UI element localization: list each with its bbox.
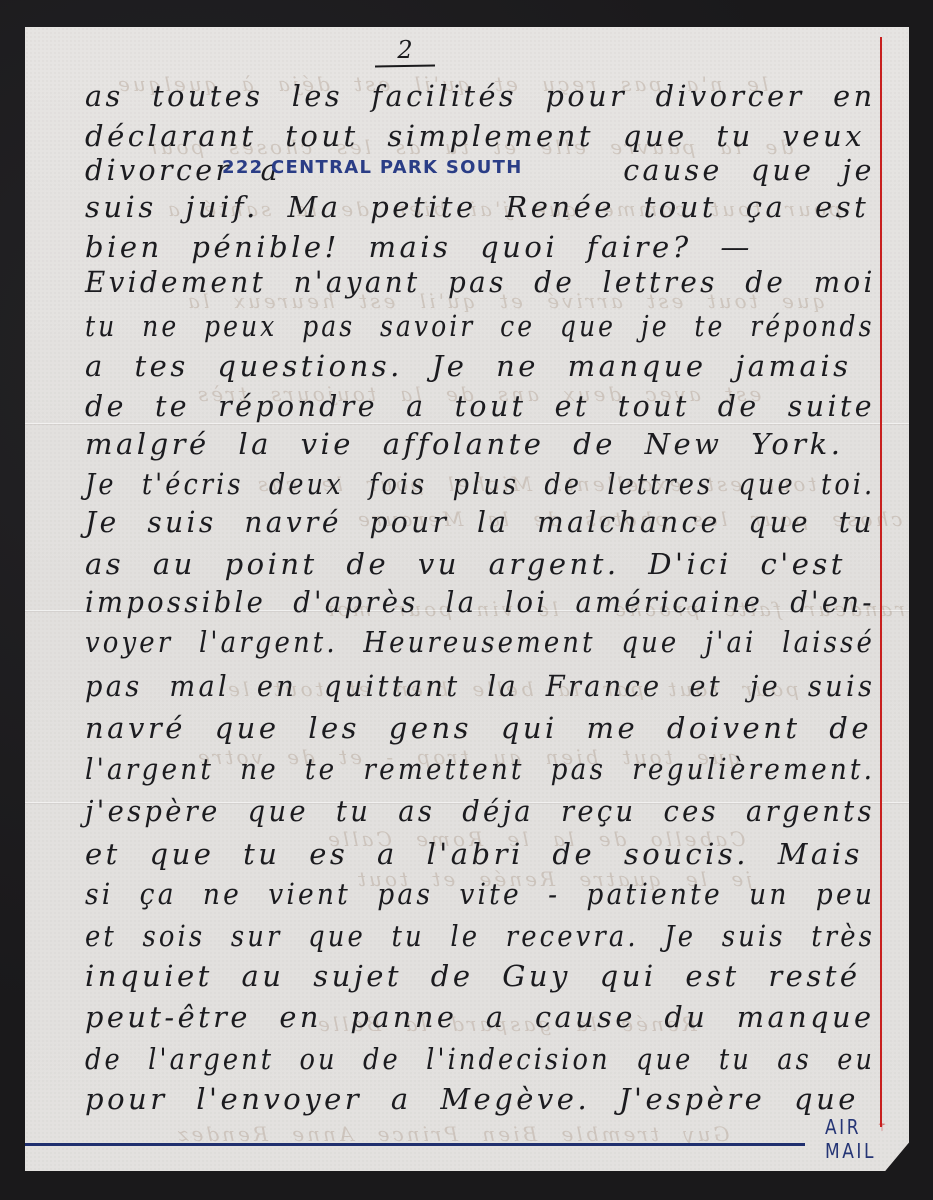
handwritten-line: Evidement n'ayant pas de lettres de moi <box>85 265 876 299</box>
handwritten-body: as toutes les facilités pour divorcer en… <box>25 27 909 1171</box>
handwritten-line: si ça ne vient pas vite - patiente un pe… <box>85 877 875 911</box>
letterhead-address: 222 CENTRAL PARK SOUTH <box>222 157 523 179</box>
letter-page: le n'a pas reçu et qu'il est déja à quel… <box>25 27 909 1171</box>
handwritten-line: as toutes les facilités pour divorcer en <box>85 79 876 113</box>
handwritten-line: pour l'envoyer a Megève. J'espère que <box>85 1082 859 1116</box>
handwritten-line: a tes questions. Je ne manque jamais <box>85 349 851 383</box>
handwritten-line: impossible d'après la loi américaine d'e… <box>85 585 875 619</box>
handwritten-line: j'espère que tu as déja reçu ces argents <box>85 794 875 828</box>
handwritten-line: et sois sur que tu le recevra. Je suis t… <box>85 919 875 953</box>
handwritten-line-part: cause que je <box>623 153 875 187</box>
handwritten-line: suis juif. Ma petite Renée tout ça est <box>85 190 869 224</box>
handwritten-line: et que tu es a l'abri de soucis. Mais <box>85 837 863 871</box>
handwritten-line: Je suis navré pour la malchance que tu <box>85 505 875 539</box>
handwritten-line: navré que les gens qui me doivent de <box>85 711 872 745</box>
handwritten-line: déclarant tout simplement que tu veux <box>85 119 865 153</box>
handwritten-line: pas mal en quittant la France et je suis <box>85 669 875 703</box>
handwritten-line: peut-être en panne a cause du manque <box>85 1000 875 1034</box>
handwritten-line: de te répondre a tout et tout de suite <box>85 389 875 423</box>
handwritten-line: bien pénible! mais quoi faire? — <box>85 230 753 264</box>
handwritten-line: inquiet au sujet de Guy qui est resté <box>85 959 861 993</box>
handwritten-line: malgré la vie affolante de New York. <box>85 427 843 461</box>
handwritten-line: l'argent ne te remettent pas regulièreme… <box>85 752 875 786</box>
handwritten-line: Je t'écris deux fois plus de lettres que… <box>85 467 875 501</box>
handwritten-line: tu ne peux pas savoir ce que je te répon… <box>85 309 875 343</box>
handwritten-line: as au point de vu argent. D'ici c'est <box>85 547 846 581</box>
handwritten-line: de l'argent ou de l'indecision que tu as… <box>85 1042 875 1076</box>
handwritten-line: voyer l'argent. Heureusement que j'ai la… <box>85 625 875 659</box>
